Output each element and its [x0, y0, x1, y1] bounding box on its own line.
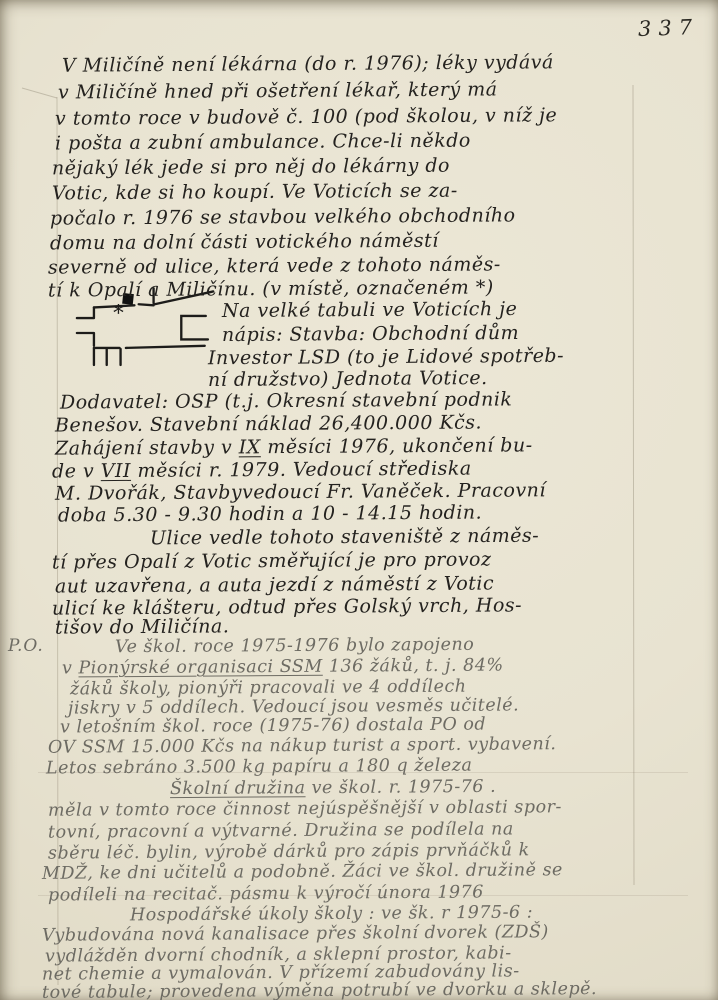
manuscript-line: měla v tomto roce činnost nejúspěšnější … [48, 799, 562, 820]
manuscript-line: Votic, kde si ho koupí. Ve Voticích se z… [52, 182, 458, 204]
manuscript-line: V Miličíně není lékárna (do r. 1976); lé… [62, 53, 554, 75]
manuscript-line: Na velké tabuli ve Voticích je [222, 300, 517, 321]
manuscript-line: tovní, pracovní a výtvarné. Družina se p… [48, 821, 514, 842]
manuscript-line: severně od ulice, která vede z tohoto ná… [48, 255, 501, 277]
manuscript-line: Investor LSD (to je Lidové spotřeb- [208, 347, 564, 368]
manuscript-line: v Miličíně hned při ošetření lékař, kter… [58, 80, 498, 102]
manuscript-line: MDŽ, ke dni učitelů a podobně. Žáci ve š… [42, 862, 563, 883]
manuscript-line: v Pionýrské organisaci SSM 136 žáků, t. … [62, 657, 504, 678]
manuscript-line: domu na dolní části votického náměstí [50, 232, 439, 254]
manuscript-line: v tomto roce v budově č. 100 (pod školou… [55, 106, 557, 129]
manuscript-line: doba 5.30 - 9.30 hodin a 10 - 14.15 hodi… [58, 504, 482, 526]
manuscript-line: i pošta a zubní ambulance. Chce-li někdo [55, 132, 471, 154]
manuscript-line: tové tabule; provedena výměna potrubí ve… [42, 981, 597, 1000]
manuscript-line: nějaký lék jede si pro něj do lékárny do [52, 157, 450, 179]
manuscript-line: podíleli na recitač. pásmu k výročí únor… [48, 884, 484, 905]
manuscript-line: ní družstvo) Jednota Votice. [208, 369, 488, 390]
asterisk-marker: * [113, 301, 124, 326]
manuscript-line: počalo r. 1976 se stavbou velkého obchod… [50, 206, 516, 228]
manuscript-line: OV SSM 15.000 Kčs na nákup turist a spor… [48, 736, 557, 757]
manuscript-line: Letos sebráno 3.500 kg papíru a 180 q že… [46, 758, 472, 778]
margin-note-po: P.O. [8, 636, 44, 656]
manuscript-line: Benešov. Stavební náklad 26,400.000 Kčs. [55, 414, 482, 436]
manuscript-line: tišov do Miličína. [55, 617, 229, 637]
manuscript-line: tí k Opalí a Miličínu. (v místě, označen… [48, 278, 494, 300]
manuscript-line: de v VII měsíci r. 1979. Vedoucí středis… [52, 460, 472, 482]
manuscript-line: nápis: Stavba: Obchodní dům [222, 324, 519, 345]
manuscript-line: tí přes Opalí z Votic směřující je pro p… [52, 550, 492, 572]
manuscript-line: Ve škol. roce 1975-1976 bylo zapojeno [115, 637, 474, 657]
manuscript-line: M. Dvořák, Stavbyvedoucí Fr. Vaněček. Pr… [55, 481, 546, 503]
manuscript-line: v letošním škol. roce (1975-76) dostala … [60, 717, 486, 737]
manuscript-line: Školní družina ve škol. r. 1975-76 . [170, 779, 496, 799]
manuscript-line: Ulice vedle tohoto staveniště z náměs- [150, 527, 539, 549]
manuscript-line: Dodavatel: OSP (t.j. Okresní stavební po… [60, 390, 513, 412]
manuscript-line: Vybudována nová kanalisace přes školní d… [42, 924, 549, 945]
manuscript-line: Zahájení stavby v IX měsíci 1976, ukonče… [55, 436, 533, 458]
manuscript-line: aut uzavřena, a auta jezdí z náměstí z V… [55, 574, 494, 596]
page-number: 337 [638, 15, 700, 41]
chronicle-page: 337 P.O. * V Miličíně není lékárna (do r… [0, 0, 718, 1000]
